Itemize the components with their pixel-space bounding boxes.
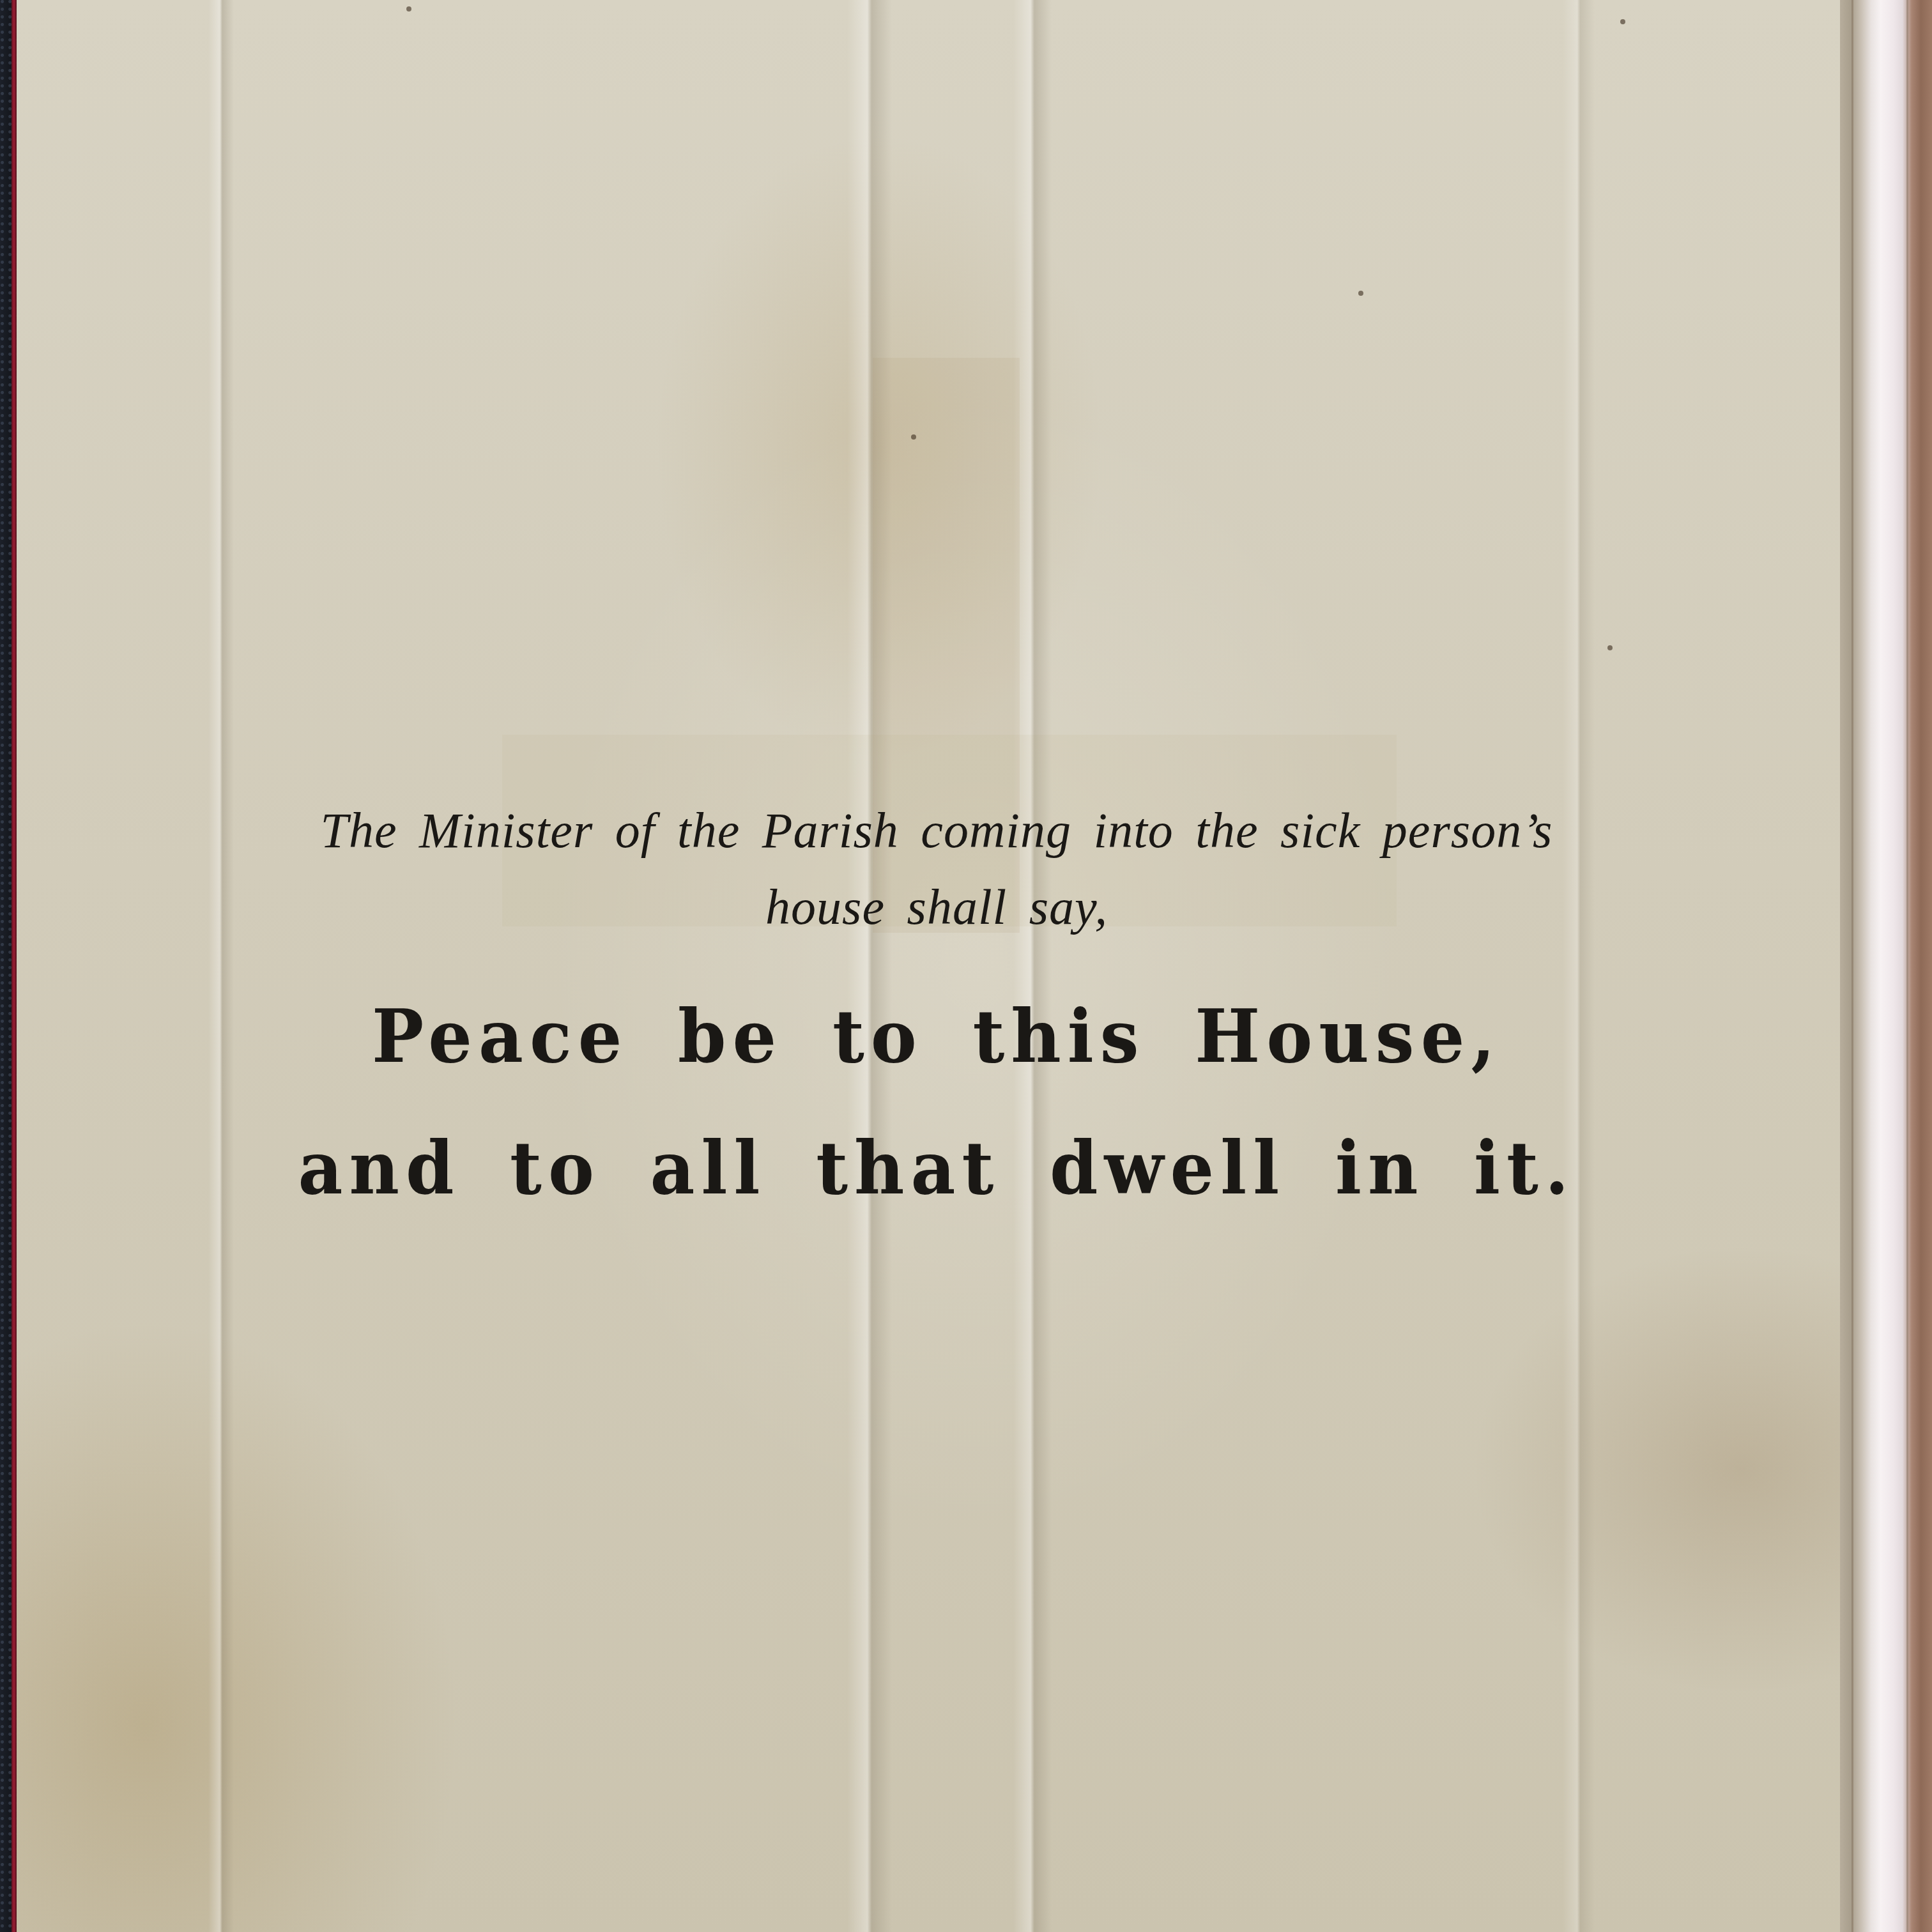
rubric-instruction: The Minister of the Parish coming into t… [202, 792, 1671, 946]
ink-speck [911, 434, 916, 440]
text-block: The Minister of the Parish coming into t… [17, 792, 1857, 1228]
ink-speck [1620, 19, 1625, 24]
salutation-line-1: Peace be to this House, [17, 971, 1857, 1103]
salutation: Peace be to this House, and to all that … [17, 971, 1857, 1234]
ink-speck [1607, 645, 1613, 650]
red-page-edge [11, 0, 17, 1932]
ink-speck [1358, 291, 1363, 296]
book-photo: The Minister of the Parish coming into t… [0, 0, 1932, 1932]
salutation-line-2: and to all that dwell in it. [17, 1103, 1857, 1234]
ink-speck [406, 6, 411, 11]
rubric-line-2: house shall say, [202, 869, 1671, 946]
rubric-line-1: The Minister of the Parish coming into t… [321, 802, 1553, 858]
page-edge-line [1906, 0, 1908, 1932]
